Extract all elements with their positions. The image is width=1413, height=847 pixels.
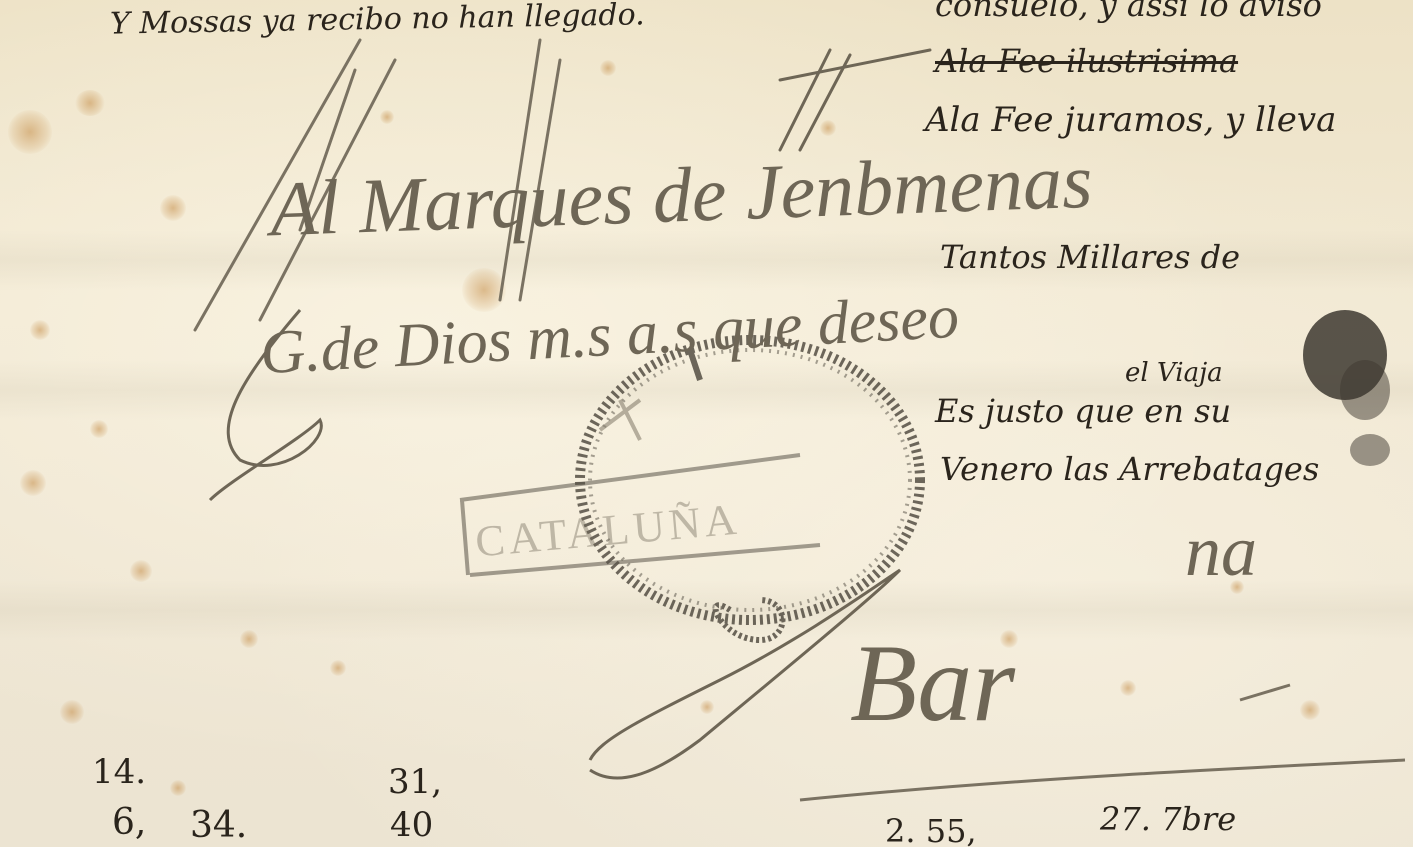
dash-mark xyxy=(1240,685,1290,700)
circular-postmark xyxy=(580,340,920,640)
bottom-date: 27. 7bre xyxy=(1100,800,1236,838)
document-page: CATALUÑA Y Mossas ya recibo no han llega… xyxy=(0,0,1413,847)
bottom-number: 2. 55, xyxy=(885,812,977,847)
bottom-number: 40 xyxy=(390,805,433,845)
address-city-superscript: na xyxy=(1185,510,1257,593)
margin-note-line: Tantos Millares de xyxy=(940,238,1240,276)
margin-note-line: Ala Fee juramos, y lleva xyxy=(925,100,1336,140)
bottom-number: 6, xyxy=(112,802,146,843)
ink-blot xyxy=(1303,310,1390,466)
bottom-number: 31, xyxy=(388,762,442,802)
margin-note-line: el Viaja xyxy=(1125,358,1223,388)
margin-note-line: consuelo, y assi lo aviso xyxy=(935,0,1322,24)
paraph-marks xyxy=(780,50,930,150)
margin-note-line: Es justo que en su xyxy=(935,392,1231,430)
margin-note-line: Venero las Arrebatages xyxy=(940,450,1319,488)
margin-note-line-struck: Ala Fee ilustrisima xyxy=(935,42,1238,80)
bottom-number: 34. xyxy=(190,805,247,846)
bottom-number: 14. xyxy=(92,752,146,792)
address-city: Bar xyxy=(850,620,1015,747)
address-underline xyxy=(800,760,1405,800)
